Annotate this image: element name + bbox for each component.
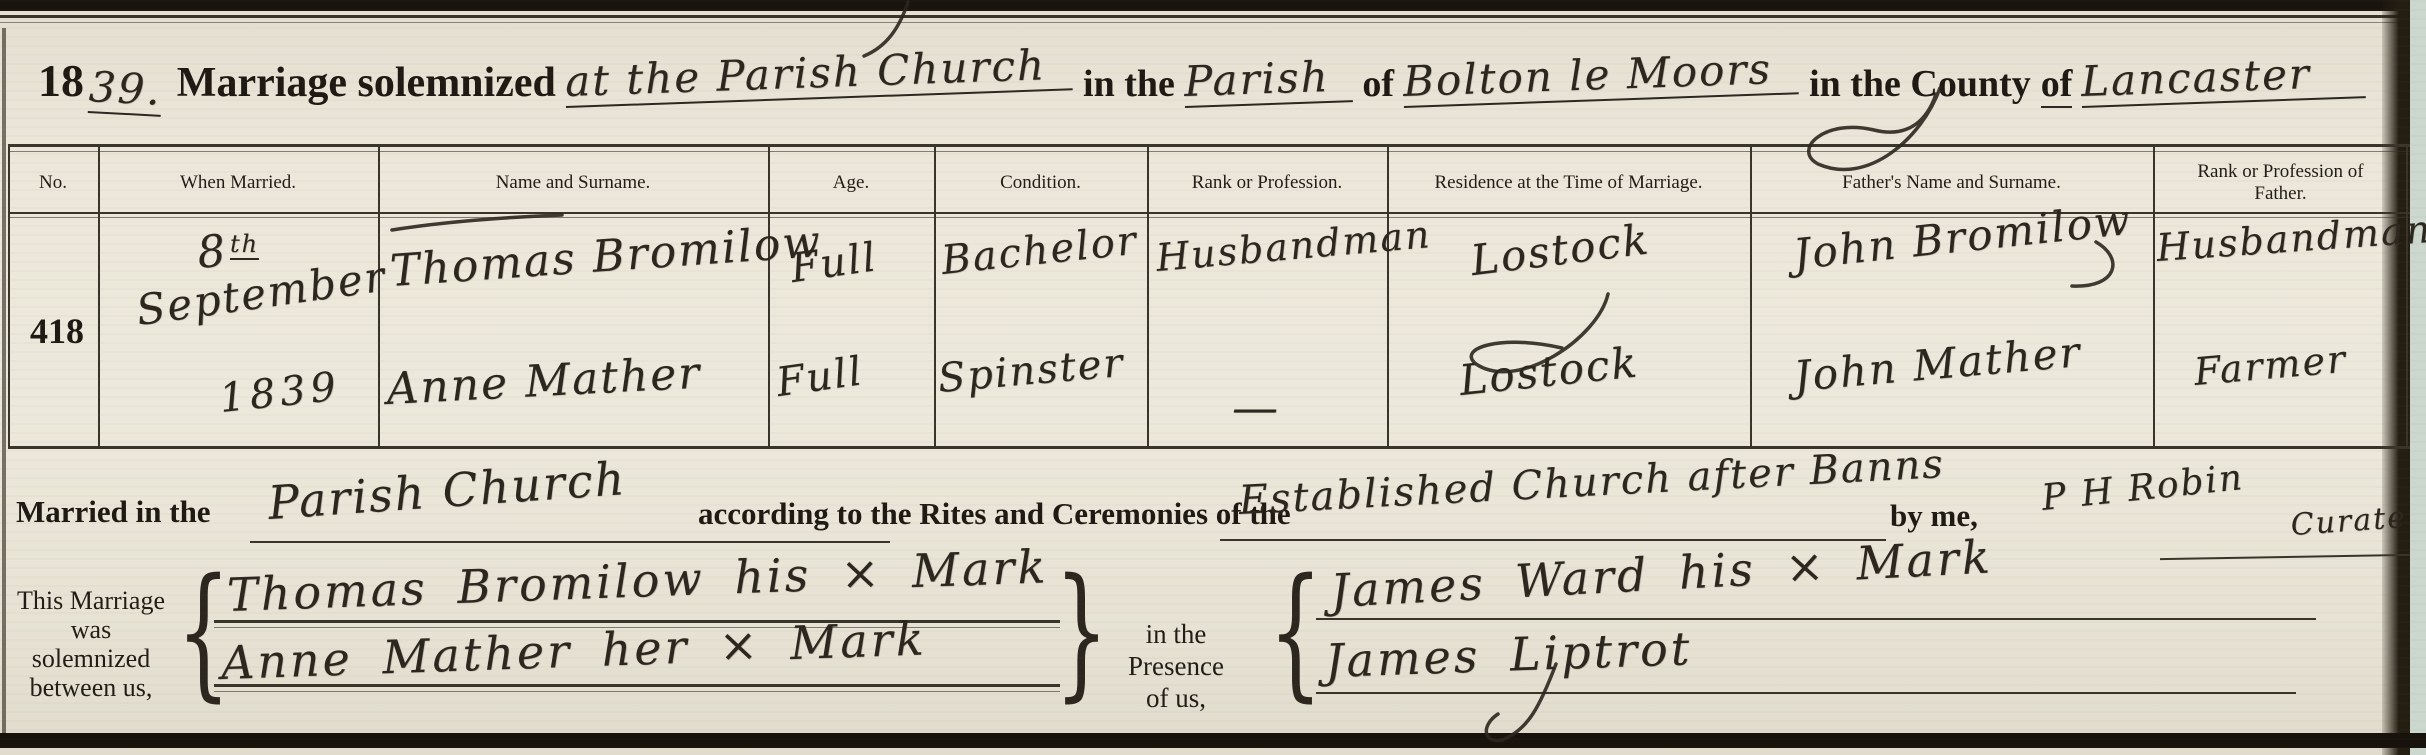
groom-residence: Lostock <box>1468 214 1653 285</box>
header-place-hand: at the Parish Church <box>564 39 1073 108</box>
header-year-hand: 39. <box>88 62 163 117</box>
bride-rank-dash: — <box>1232 380 1280 434</box>
ceremony-church-hand: Established Church after Banns <box>1238 441 1946 524</box>
bottom-border-bar <box>0 733 2426 748</box>
right-edge-teal-strip <box>2410 0 2426 755</box>
officiant-signature: P H Robin <box>2040 457 2246 519</box>
bride-residence: Lostock <box>1457 337 1641 405</box>
officiant-underline <box>2160 554 2410 560</box>
bride-signature-underline-thin <box>214 691 1060 692</box>
bride-age: Full <box>774 348 867 406</box>
col-header-father-rank: Rank or Profession of Father. <box>2153 156 2408 210</box>
rites-label: according to the Rites and Ceremonies of… <box>698 496 1291 532</box>
entry-date-day-number: 8 <box>195 225 230 279</box>
bride-signature: Anne Mather her × Mark <box>220 611 927 690</box>
bride-father-rank: Farmer <box>2192 337 2349 394</box>
marriage-register-scan: 18 39. Marriage solemnized at the Parish… <box>0 0 2426 755</box>
presence-label-line3: of us, <box>1086 682 1266 714</box>
bride-signature-underline <box>214 684 1060 687</box>
ceremony-place-underline <box>250 541 890 543</box>
presence-label: in the Presence of us, <box>1086 618 1266 714</box>
bride-name: Anne Mather <box>385 348 702 415</box>
bride-condition: Spinster <box>936 340 1126 402</box>
witness1-signature: James Ward his × Mark <box>1329 529 1994 618</box>
by-me-label: by me, <box>1890 498 1978 534</box>
solemnized-label-line4: between us, <box>6 673 176 702</box>
married-in-label: Married in the <box>16 494 211 530</box>
header-year-printed: 18 <box>38 54 84 107</box>
table-top-rule <box>8 144 2410 147</box>
col-header-age: Age. <box>768 156 934 210</box>
entry-date-month: September <box>133 251 389 335</box>
register-header-line: 18 39. Marriage solemnized at the Parish… <box>38 54 2366 108</box>
top-rule-thin <box>0 22 2426 23</box>
header-in-county-label: in the County <box>1809 62 2031 106</box>
top-rule <box>0 15 2426 18</box>
header-title: Marriage solemnized <box>177 59 556 107</box>
entry-date-year: 1839 <box>217 364 343 422</box>
header-in-the-label: in the <box>1083 62 1175 106</box>
solemnized-label-line1: This Marriage <box>6 586 176 615</box>
table-top-rule-thin <box>8 151 2410 152</box>
groom-condition: Bachelor <box>939 218 1140 284</box>
col-header-when-married: When Married. <box>98 156 378 210</box>
bride-father-name: John Mather <box>1792 327 2084 401</box>
top-border-bar <box>0 0 2426 11</box>
witness2-underline <box>1316 692 2296 694</box>
col-header-rank-profession: Rank or Profession. <box>1147 156 1387 210</box>
col-header-condition: Condition. <box>934 156 1147 210</box>
col-header-no: No. <box>8 156 98 210</box>
groom-name: Thomas Bromilow <box>388 216 823 297</box>
solemnized-label-line2: was <box>6 615 176 644</box>
col-header-name-surname: Name and Surname. <box>378 156 768 210</box>
header-county-hand: Lancaster <box>2081 47 2366 108</box>
groom-rank: Husbandman <box>1154 212 1433 280</box>
groom-signature: Thomas Bromilow his × Mark <box>226 539 1049 622</box>
header-parish-word-hand: Parish <box>1183 51 1352 108</box>
col-header-residence: Residence at the Time of Marriage. <box>1387 156 1750 210</box>
witness2-signature: James Liptrot <box>1324 621 1693 688</box>
solemnized-label: This Marriage was solemnized between us, <box>6 586 176 702</box>
presence-label-line1: in the <box>1086 618 1266 650</box>
witness1-underline <box>1316 618 2316 620</box>
witnesses-brace-open: { <box>1269 559 1323 703</box>
header-of2-label: of <box>2041 62 2073 108</box>
table-bottom-rule <box>8 446 2410 449</box>
solemnized-label-line3: solemnized <box>6 644 176 673</box>
header-of-label: of <box>1362 62 1394 106</box>
entry-number: 418 <box>22 310 92 352</box>
ceremony-place-hand: Parish Church <box>266 451 628 530</box>
header-parish-name-hand: Bolton le Moors <box>1402 43 1799 108</box>
entry-date-day-suffix: th <box>230 230 259 260</box>
presence-label-line2: Presence <box>1086 650 1266 682</box>
